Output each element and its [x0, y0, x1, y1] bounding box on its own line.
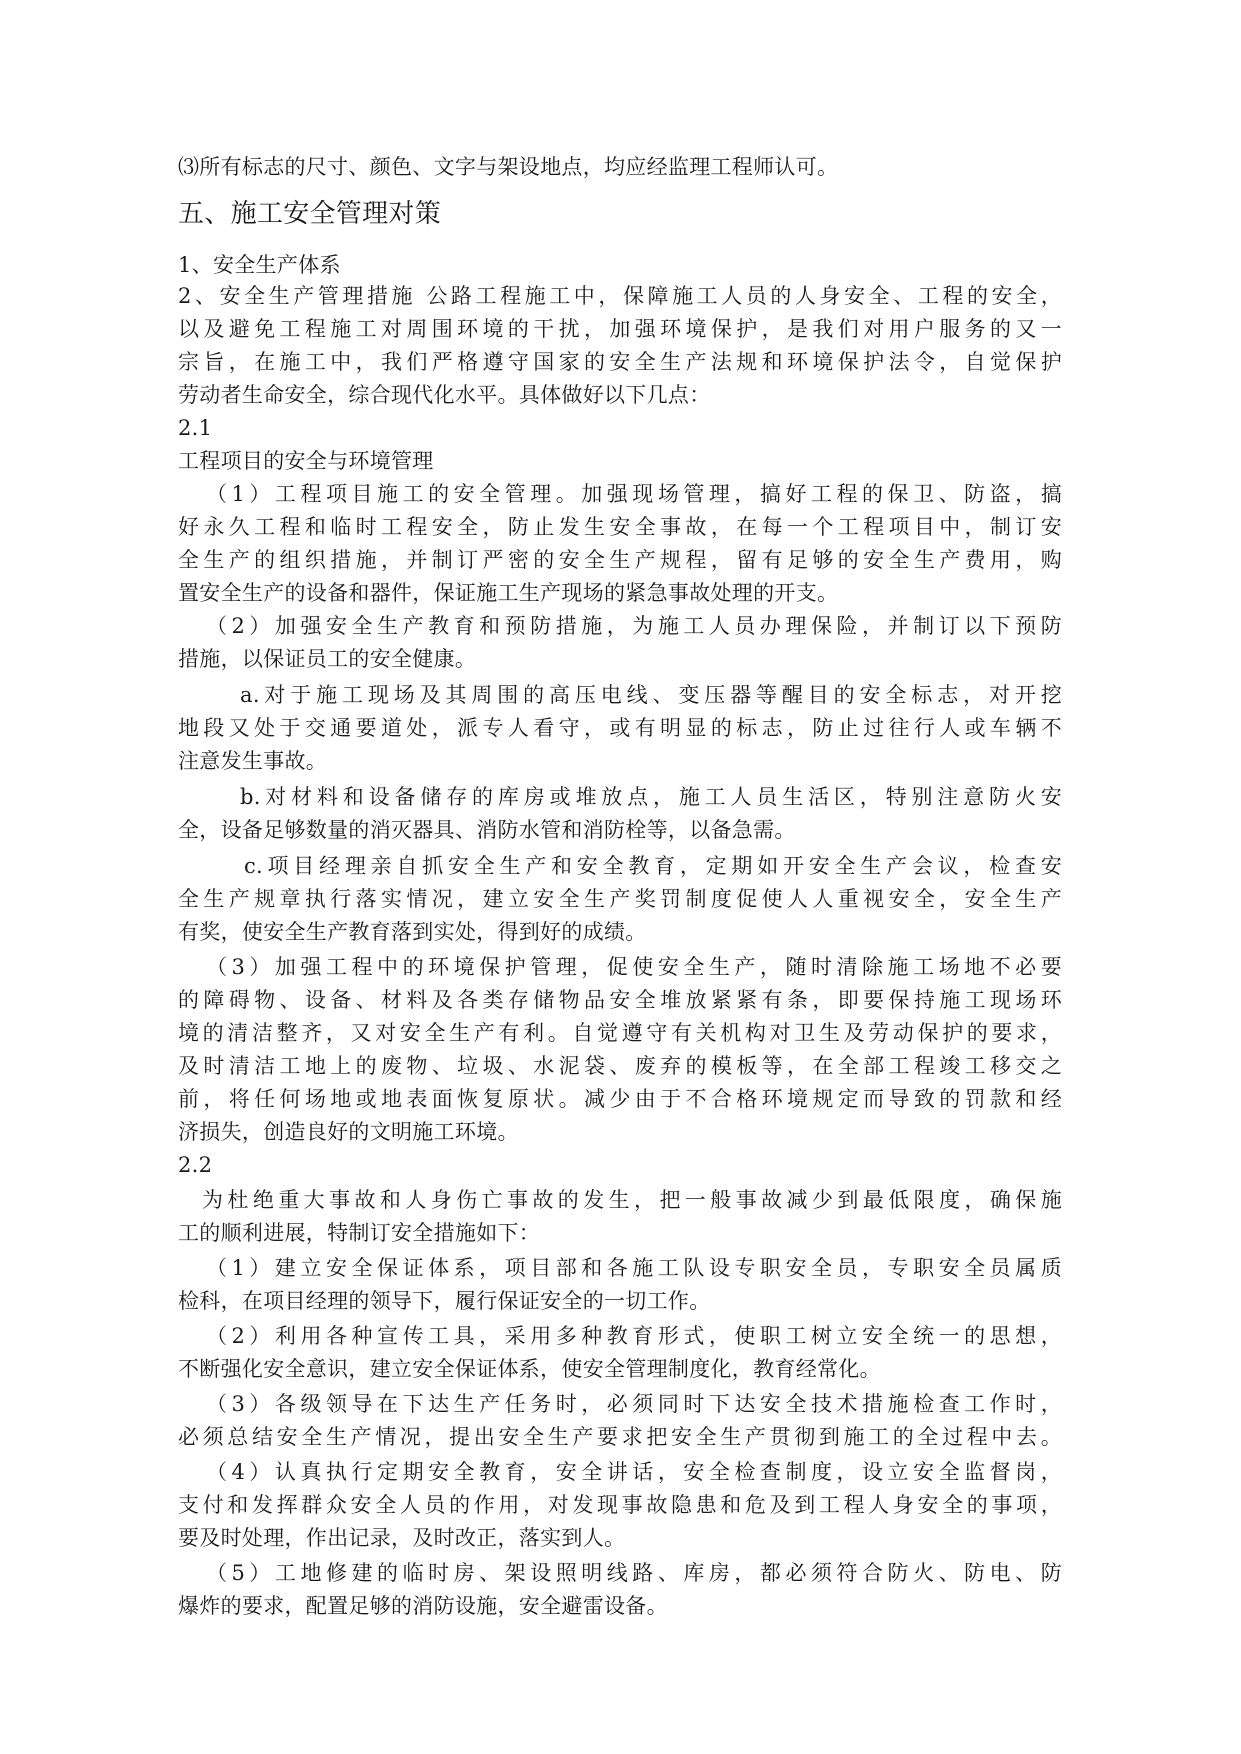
text-line: 2.2 — [178, 1150, 1062, 1180]
text-line: （3）加强工程中的环境保护管理，促使安全生产，随时清除施工场地不必要 — [206, 952, 1062, 982]
text-line: 2.1 — [178, 413, 1062, 443]
text-line: （2）加强安全生产教育和预防措施，为施工人员办理保险，并制订以下预防 — [206, 611, 1062, 641]
text-line: （4）认真执行定期安全教育，安全讲话，安全检查制度，设立安全监督岗， — [206, 1457, 1062, 1487]
text-line: 地段又处于交通要道处，派专人看守，或有明显的标志，防止过往行人或车辆不 — [178, 713, 1062, 743]
text-line: 前，将任何场地或地表面恢复原状。减少由于不合格环境规定而导致的罚款和经 — [178, 1084, 1062, 1114]
text-line: c.项目经理亲自抓安全生产和安全教育，定期如开安全生产会议，检查安 — [244, 851, 1062, 881]
text-line: a.对于施工现场及其周围的高压电线、变压器等醒目的安全标志，对开挖 — [240, 680, 1062, 710]
text-line: 全生产规章执行落实情况，建立安全生产奖罚制度促使人人重视安全，安全生产 — [178, 884, 1062, 914]
text-line: 好永久工程和临时工程安全，防止发生安全事故，在每一个工程项目中，制订安 — [178, 512, 1062, 542]
text-line: 注意发生事故。 — [178, 746, 1062, 776]
text-line: 检科，在项目经理的领导下，履行保证安全的一切工作。 — [178, 1286, 1062, 1316]
text-line: 置安全生产的设备和器件，保证施工生产现场的紧急事故处理的开支。 — [178, 578, 1062, 608]
text-line: 全，设备足够数量的消灭器具、消防水管和消防栓等，以备急需。 — [178, 815, 1062, 845]
text-line: 的障碍物、设备、材料及各类存储物品安全堆放紧紧有条，即要保持施工现场环 — [178, 985, 1062, 1015]
text-line: 全生产的组织措施，并制订严密的安全生产规程，留有足够的安全生产费用，购 — [178, 545, 1062, 575]
text-line: 1、安全生产体系 — [178, 250, 1062, 280]
text-line: 必须总结安全生产情况，提出安全生产要求把安全生产贯彻到施工的全过程中去。 — [178, 1422, 1062, 1452]
text-line: 工程项目的安全与环境管理 — [178, 446, 1062, 476]
text-line: （5）工地修建的临时房、架设照明线路、库房，都必须符合防火、防电、防 — [206, 1558, 1062, 1588]
document-page: ⑶所有标志的尺寸、颜色、文字与架设地点，均应经监理工程师认可。五、施工安全管理对… — [0, 0, 1241, 1754]
text-line: （1）建立安全保证体系，项目部和各施工队设专职安全员，专职安全员属质 — [206, 1253, 1062, 1283]
text-line: b.对材料和设备储存的库房或堆放点，施工人员生活区，特别注意防火安 — [240, 782, 1062, 812]
text-line: 支付和发挥群众安全人员的作用，对发现事故隐患和危及到工程人身安全的事项， — [178, 1490, 1062, 1520]
text-line: 爆炸的要求，配置足够的消防设施，安全避雷设备。 — [178, 1591, 1062, 1621]
text-line: （1）工程项目施工的安全管理。加强现场管理，搞好工程的保卫、防盗，搞 — [206, 479, 1062, 509]
text-line: 有奖，使安全生产教育落到实处，得到好的成绩。 — [178, 917, 1062, 947]
text-line: 要及时处理，作出记录，及时改正，落实到人。 — [178, 1523, 1062, 1553]
text-line: 济损失，创造良好的文明施工环境。 — [178, 1117, 1062, 1147]
text-line: 宗旨，在施工中，我们严格遵守国家的安全生产法规和环境保护法令，自觉保护 — [178, 347, 1062, 377]
text-line: 不断强化安全意识，建立安全保证体系，使安全管理制度化，教育经常化。 — [178, 1354, 1062, 1384]
text-line: （2）利用各种宣传工具，采用多种教育形式，使职工树立安全统一的思想， — [206, 1321, 1062, 1351]
section-heading: 五、施工安全管理对策 — [178, 197, 1062, 231]
text-line: 境的清洁整齐，又对安全生产有利。自觉遵守有关机构对卫生及劳动保护的要求， — [178, 1018, 1062, 1048]
text-line: （3）各级领导在下达生产任务时，必须同时下达安全技术措施检查工作时， — [206, 1389, 1062, 1419]
text-line: 2、安全生产管理措施 公路工程施工中，保障施工人员的人身安全、工程的安全， — [178, 281, 1062, 311]
text-line: 以及避免工程施工对周围环境的干扰，加强环境保护，是我们对用户服务的又一 — [178, 314, 1062, 344]
text-line: 及时清洁工地上的废物、垃圾、水泥袋、废弃的模板等，在全部工程竣工移交之 — [178, 1051, 1062, 1081]
text-line: 劳动者生命安全，综合现代化水平。具体做好以下几点： — [178, 380, 1062, 410]
text-line: 为杜绝重大事故和人身伤亡事故的发生，把一般事故减少到最低限度，确保施 — [202, 1185, 1062, 1215]
text-line: 措施，以保证员工的安全健康。 — [178, 644, 1062, 674]
text-line: 工的顺利进展，特制订安全措施如下： — [178, 1218, 1062, 1248]
text-line: ⑶所有标志的尺寸、颜色、文字与架设地点，均应经监理工程师认可。 — [178, 152, 1062, 182]
